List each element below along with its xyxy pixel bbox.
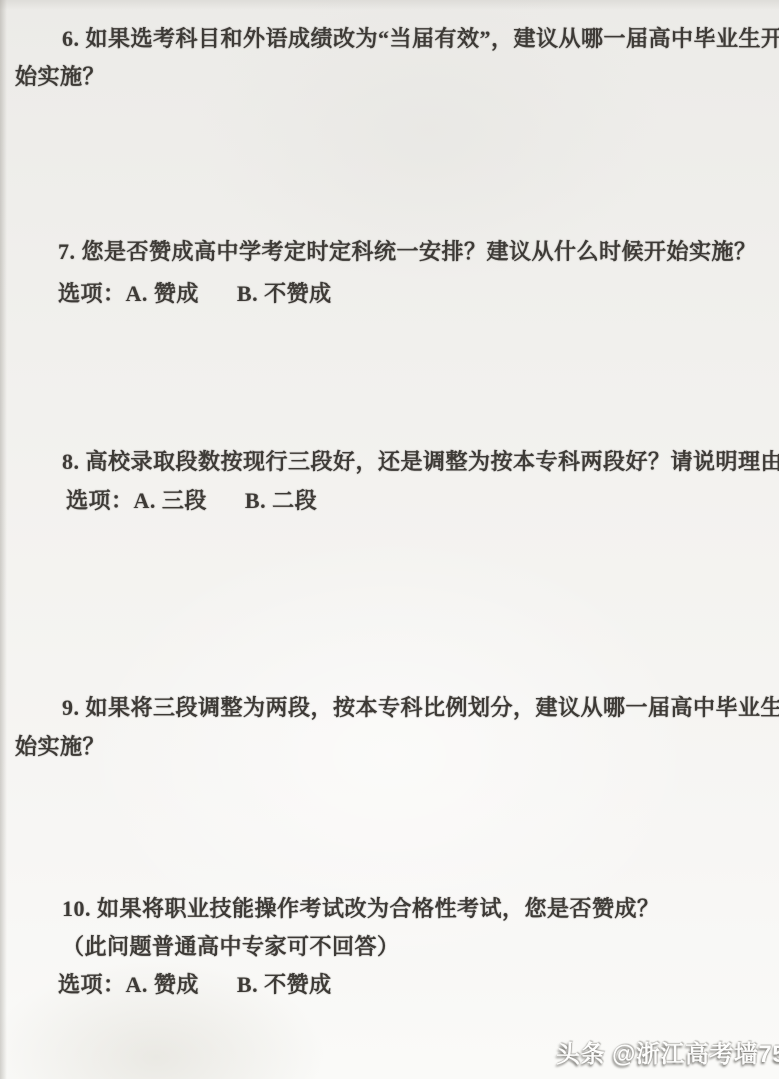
question-7-options: 选项：A. 赞成B. 不赞成 [58, 281, 332, 307]
question-10-option-b: B. 不赞成 [237, 972, 332, 997]
question-6-line-1: 6. 如果选考科目和外语成绩改为“当届有效”，建议从哪一届高中毕业生开 [62, 26, 779, 52]
question-7-option-a: A. 赞成 [126, 281, 199, 306]
question-9-line-1: 9. 如果将三段调整为两段，按本专科比例划分，建议从哪一届高中毕业生开 [62, 695, 779, 721]
question-10-options: 选项：A. 赞成B. 不赞成 [58, 972, 332, 998]
watermark-prefix: 头条 [556, 1041, 605, 1068]
question-6-line-2: 始实施？ [15, 64, 105, 90]
question-10-option-a: A. 赞成 [126, 972, 199, 997]
question-9-line-2: 始实施？ [15, 734, 105, 760]
question-10-text: 10. 如果将职业技能操作考试改为合格性考试，您是否赞成？ [62, 896, 660, 922]
question-10-note: （此问题普通高中专家可不回答） [62, 934, 400, 960]
question-8-options: 选项：A. 三段B. 二段 [66, 488, 317, 514]
question-8-option-b: B. 二段 [245, 488, 317, 513]
toutiao-watermark: 头条@浙江高考墙750 [556, 1034, 779, 1069]
question-7-option-b: B. 不赞成 [237, 281, 332, 306]
question-7-options-label: 选项： [58, 281, 126, 306]
watermark-handle: @浙江高考墙750 [612, 1041, 779, 1068]
question-8-options-label: 选项： [66, 488, 134, 513]
scanned-questionnaire-page: 6. 如果选考科目和外语成绩改为“当届有效”，建议从哪一届高中毕业生开 始实施？… [0, 0, 779, 1079]
question-8-text: 8. 高校录取段数按现行三段好，还是调整为按本专科两段好？请说明理由。 [62, 449, 779, 475]
question-7-text: 7. 您是否赞成高中学考定时定科统一安排？建议从什么时候开始实施？ [58, 239, 757, 265]
question-8-option-a: A. 三段 [134, 488, 207, 513]
question-10-options-label: 选项： [58, 972, 126, 997]
